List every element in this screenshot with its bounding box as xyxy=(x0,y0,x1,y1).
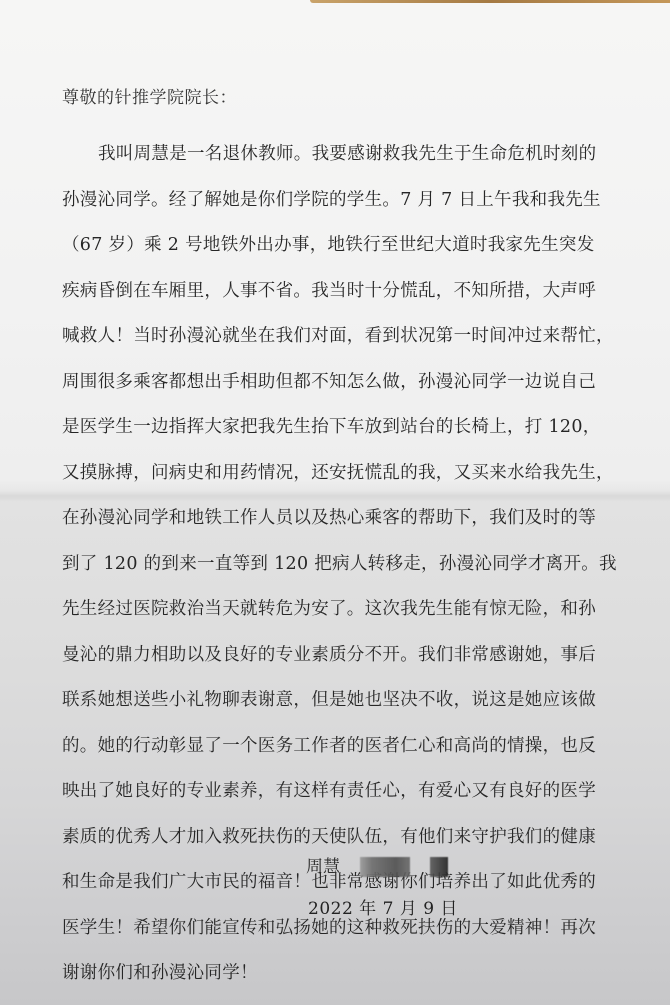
body-line: 映出了她良好的专业素养，有这样有责任心，有爱心又有良好的医学 xyxy=(62,769,602,815)
body-line: 到了 120 的到来一直等到 120 把病人转移走，孙漫沁同学才离开。我 xyxy=(62,542,602,588)
body-line: 联系她想送些小礼物聊表谢意，但是她也坚决不收，说这是她应该做 xyxy=(62,678,602,724)
body-line: 先生经过医院救治当天就转危为安了。这次我先生能有惊无险，和孙 xyxy=(62,587,602,633)
desk-edge-strip xyxy=(310,0,670,3)
signature-name: 周慧 xyxy=(306,855,340,879)
signature: 周慧 xyxy=(306,855,456,879)
body-line: 疾病昏倒在车厢里，人事不省。我当时十分慌乱，不知所措，大声呼 xyxy=(62,269,602,315)
body-line: 是医学生一边指挥大家把我先生抬下车放到站台的长椅上，打 120， xyxy=(62,405,602,451)
redacted-contact-block xyxy=(348,857,456,877)
body-line: 喊救人！当时孙漫沁就坐在我们对面，看到状况第一时间冲过来帮忙， xyxy=(62,314,602,360)
body-line: 周围很多乘客都想出手相助但都不知怎么做，孙漫沁同学一边说自己 xyxy=(62,360,602,406)
body-line: 的。她的行动彰显了一个医务工作者的医者仁心和高尚的情操，也反 xyxy=(62,724,602,770)
body-line: 素质的优秀人才加入救死扶伤的天使队伍，有他们来守护我们的健康 xyxy=(62,815,602,861)
body-line: 我叫周慧是一名退休教师。我要感谢救我先生于生命危机时刻的 xyxy=(62,132,602,178)
body-line: 曼沁的鼎力相助以及良好的专业素质分不开。我们非常感谢她，事后 xyxy=(62,633,602,679)
body-line: 孙漫沁同学。经了解她是你们学院的学生。7 月 7 日上午我和我先生 xyxy=(62,178,602,224)
body-line: 谢谢你们和孙漫沁同学！ xyxy=(62,951,602,997)
letter-date: 2022 年 7 月 9 日 xyxy=(308,897,458,921)
body-line: 在孙漫沁同学和地铁工作人员以及热心乘客的帮助下，我们及时的等 xyxy=(62,496,602,542)
body-line: 又摸脉搏，问病史和用药情况，还安抚慌乱的我，又买来水给我先生， xyxy=(62,451,602,497)
body-line: （67 岁）乘 2 号地铁外出办事，地铁行至世纪大道时我家先生突发 xyxy=(62,223,602,269)
salutation: 尊敬的针推学院院长： xyxy=(62,86,602,110)
letter-paper: 尊敬的针推学院院长： 我叫周慧是一名退休教师。我要感谢救我先生于生命危机时刻的 … xyxy=(0,0,670,1005)
